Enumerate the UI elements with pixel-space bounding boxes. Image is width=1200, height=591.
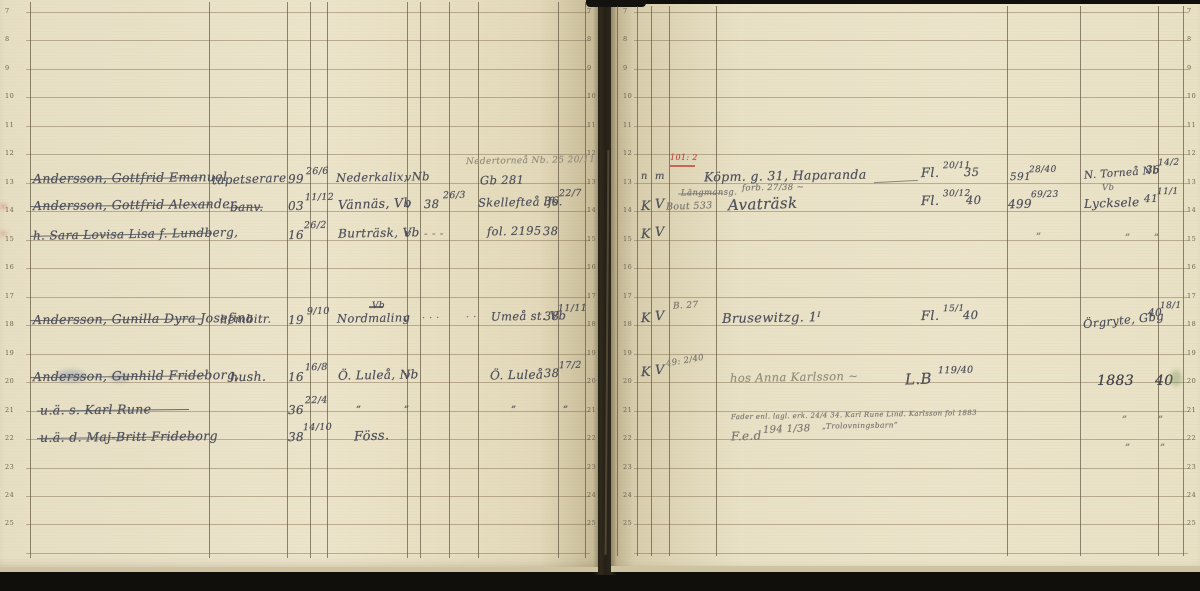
row-number: 19 bbox=[623, 350, 632, 357]
moved-year-row14b: 40 bbox=[966, 195, 982, 207]
col-letter-row13: n bbox=[641, 172, 648, 182]
moved-abbr-row14: Fl. bbox=[921, 195, 940, 208]
ruled-line bbox=[26, 496, 590, 497]
row-number: 21 bbox=[623, 407, 632, 414]
birthdate-row22: 14/10 bbox=[303, 423, 332, 433]
ditto-row21: ” bbox=[404, 406, 410, 416]
column-line bbox=[1158, 6, 1159, 556]
row-number: 14 bbox=[1187, 207, 1196, 214]
row-number: 10 bbox=[5, 93, 14, 100]
ruled-line bbox=[634, 154, 1188, 155]
row-number: 14 bbox=[623, 207, 632, 214]
birthdate-row13: 26/6 bbox=[306, 167, 329, 177]
column-line bbox=[30, 2, 31, 558]
row-number: 13 bbox=[1187, 179, 1196, 186]
moved-date-row14: 22/7 bbox=[559, 189, 582, 199]
row-number: 20 bbox=[1187, 378, 1196, 385]
occupation-row20: hush. bbox=[230, 371, 267, 384]
dest-date-row13: 14/2 bbox=[1158, 159, 1180, 168]
row-number: 9 bbox=[623, 65, 628, 72]
row-number: 15 bbox=[623, 236, 632, 243]
col-k-row18: K bbox=[641, 312, 651, 325]
ruled-line bbox=[26, 97, 590, 98]
row-number: 19 bbox=[1187, 350, 1196, 357]
fol-row20: 1883 bbox=[1097, 374, 1134, 388]
row-number: 23 bbox=[623, 464, 632, 471]
ruled-line bbox=[26, 553, 590, 554]
ref-frac-row14: 69/23 bbox=[1031, 191, 1059, 200]
row-number: 18 bbox=[587, 321, 596, 328]
strikethrough-line bbox=[30, 177, 202, 180]
row-number: 8 bbox=[587, 36, 592, 43]
ruled-line bbox=[634, 268, 1188, 269]
mark-row15: v bbox=[405, 228, 412, 239]
row-number: 18 bbox=[623, 321, 632, 328]
moved-date-row18: 11/11 bbox=[558, 304, 587, 314]
ref-frac-row13: 28/40 bbox=[1029, 166, 1057, 175]
col-k-row20: K bbox=[641, 366, 651, 379]
row-number: 16 bbox=[1187, 264, 1196, 271]
strikethrough-line bbox=[30, 318, 202, 321]
page-bottom-edge bbox=[611, 566, 1200, 572]
row-number: 15 bbox=[1187, 236, 1196, 243]
strikethrough-line bbox=[227, 206, 263, 208]
col-k-row15: K bbox=[641, 228, 651, 241]
ditto-row21: ” bbox=[511, 406, 517, 416]
row-number: 21 bbox=[587, 407, 596, 414]
address-row14: Avaträsk bbox=[728, 196, 798, 213]
name-row21: u.ä. s. Karl Rune bbox=[40, 403, 152, 417]
row-number: 12 bbox=[5, 150, 14, 157]
column-line bbox=[327, 2, 328, 558]
ruled-line bbox=[634, 12, 1188, 13]
row-number: 18 bbox=[5, 321, 14, 328]
ditto-row22r: ” bbox=[1125, 444, 1131, 454]
moved-abbr-row13: Fl. bbox=[921, 167, 940, 180]
row-number: 15 bbox=[5, 236, 14, 243]
ruled-line bbox=[634, 126, 1188, 127]
row-number: 17 bbox=[587, 293, 596, 300]
ruled-line bbox=[634, 553, 1188, 554]
row-number: 13 bbox=[623, 179, 632, 186]
pencil-fed-num-row21: 194 1/38 bbox=[763, 424, 811, 436]
column-line bbox=[637, 6, 638, 556]
row-number: 21 bbox=[5, 407, 14, 414]
row-number: 10 bbox=[587, 93, 596, 100]
ruled-line bbox=[26, 297, 590, 298]
dashes-row15: - - - bbox=[424, 228, 444, 239]
mark-row13: v bbox=[405, 172, 412, 183]
row-number: 14 bbox=[5, 207, 14, 214]
row-number: 11 bbox=[5, 122, 14, 129]
birthdate-row15: 26/2 bbox=[304, 221, 327, 231]
row-number: 8 bbox=[623, 36, 628, 43]
red-mark bbox=[0, 204, 7, 209]
ruled-line bbox=[26, 354, 590, 355]
birthdate-row14: 11/12 bbox=[305, 193, 334, 203]
name-row20: Andersson, Gunhild Frideborg, bbox=[33, 369, 240, 384]
column-line bbox=[558, 2, 559, 558]
movedfrom-row15: fol. 2195 bbox=[487, 226, 542, 238]
right-page bbox=[611, 4, 1200, 572]
row-number: 11 bbox=[1187, 122, 1196, 129]
row-number: 20 bbox=[587, 378, 596, 385]
birthplace-row18: Nordmaling bbox=[337, 312, 410, 325]
moved-date-row18b: 15/1 bbox=[943, 305, 965, 314]
birthyear-row18: 19 bbox=[288, 314, 304, 326]
birthyear-row13: 99 bbox=[288, 173, 304, 185]
row-number: 24 bbox=[1187, 492, 1196, 499]
row-number: 21 bbox=[1187, 407, 1196, 414]
pencil-quote-row21: „Trolovningsbarn” bbox=[822, 421, 898, 430]
moved-year-row20: 38 bbox=[544, 368, 560, 380]
dots-row18: · · bbox=[466, 313, 477, 323]
pencil-ref-row14: Bout 533 bbox=[666, 201, 713, 212]
county-note-row18: Vb bbox=[372, 302, 385, 311]
dest-date-row18: 18/1 bbox=[1160, 302, 1182, 311]
ditto-row21: ” bbox=[356, 406, 362, 416]
row-number: 9 bbox=[1187, 65, 1192, 72]
ruled-line bbox=[634, 297, 1188, 298]
row-number: 22 bbox=[587, 435, 596, 442]
col-v-row15: V bbox=[655, 226, 665, 239]
left-page bbox=[0, 0, 598, 572]
ruled-line bbox=[26, 40, 590, 41]
row-number: 24 bbox=[5, 492, 14, 499]
row-number: 15 bbox=[587, 236, 596, 243]
row-number: 7 bbox=[587, 8, 592, 15]
row-number: 24 bbox=[587, 492, 596, 499]
row-number: 11 bbox=[623, 122, 632, 129]
strikethrough-line bbox=[678, 193, 723, 195]
row-number: 25 bbox=[587, 520, 596, 527]
birthplace-row22: Föss. bbox=[354, 429, 390, 443]
row-number: 22 bbox=[623, 435, 632, 442]
ditto-row21: ” bbox=[563, 406, 569, 416]
occupation-row14: banv. bbox=[230, 201, 264, 214]
num-row14: 38 bbox=[424, 199, 440, 211]
row-number: 19 bbox=[587, 350, 596, 357]
row-number: 8 bbox=[1187, 36, 1192, 43]
row-number: 25 bbox=[5, 520, 14, 527]
row-number: 17 bbox=[5, 293, 14, 300]
ruled-line bbox=[26, 468, 590, 469]
col-letter-row13: m bbox=[655, 172, 665, 182]
birthdate-row18: 9/10 bbox=[307, 307, 330, 317]
row-number: 7 bbox=[623, 8, 628, 15]
ditto-row21r: ” bbox=[1122, 416, 1128, 426]
row-number: 16 bbox=[5, 264, 14, 271]
mark-row14: v bbox=[405, 199, 412, 210]
dest-row14: Lycksele bbox=[1084, 196, 1140, 210]
column-line bbox=[449, 2, 450, 558]
column-line bbox=[1007, 6, 1008, 556]
row-number: 25 bbox=[623, 520, 632, 527]
ruled-line bbox=[634, 97, 1188, 98]
ruled-line bbox=[26, 12, 590, 13]
ruled-line bbox=[26, 524, 590, 525]
row-number: 12 bbox=[1187, 150, 1196, 157]
birthyear-row22: 38 bbox=[288, 431, 304, 443]
ref-row14: 499 bbox=[1008, 198, 1032, 210]
col-v-row14: V bbox=[655, 198, 665, 211]
occupation-row18: hembitr. bbox=[220, 314, 272, 326]
column-line bbox=[1183, 6, 1184, 556]
name-row14: Andersson, Gottfrid Alexander, bbox=[33, 198, 240, 213]
row-number: 13 bbox=[587, 179, 596, 186]
num-date-row14: 26/3 bbox=[443, 191, 466, 201]
row-number: 9 bbox=[5, 65, 10, 72]
column-line bbox=[617, 6, 618, 556]
ditto-row22r: ” bbox=[1160, 444, 1166, 454]
ditto-row15: ” bbox=[1154, 234, 1160, 244]
row-number: 10 bbox=[623, 93, 632, 100]
row-number: 13 bbox=[5, 179, 14, 186]
name-row15: h. Sara Lovisa Lisa f. Lundberg, bbox=[33, 226, 238, 242]
green-smudge bbox=[1170, 370, 1182, 386]
ruled-line bbox=[634, 69, 1188, 70]
moved-abbr-row18: Fl. bbox=[921, 310, 940, 323]
birthyear-row15: 16 bbox=[288, 229, 304, 241]
movedfrom-row20: Ö. Luleå bbox=[490, 369, 544, 382]
address-row18: Brusewitzg. 1ᴵ bbox=[722, 311, 821, 326]
ditto-row21r: ” bbox=[1158, 416, 1164, 426]
row-number: 22 bbox=[5, 435, 14, 442]
column-line bbox=[585, 2, 586, 558]
dest-year-row14: 41 bbox=[1144, 194, 1158, 205]
note-row20: hos Anna Karlsson ~ bbox=[730, 371, 858, 385]
ruled-line bbox=[634, 439, 1188, 440]
ruled-line bbox=[26, 268, 590, 269]
row-number: 17 bbox=[623, 293, 632, 300]
row-number: 8 bbox=[5, 36, 10, 43]
row-number: 11 bbox=[587, 122, 596, 129]
col-v-row20: V bbox=[655, 364, 665, 377]
column-line bbox=[716, 6, 717, 556]
row-number: 24 bbox=[623, 492, 632, 499]
col-k-row14: K bbox=[641, 200, 651, 213]
row-number: 23 bbox=[587, 464, 596, 471]
pencil-fed-row21: F.e.d bbox=[731, 429, 762, 442]
red-mark bbox=[0, 231, 7, 236]
column-line bbox=[310, 2, 311, 558]
dest-county-row14: Vb bbox=[1102, 184, 1114, 193]
name-row22: u.ä. d. Maj-Britt Frideborg bbox=[40, 430, 218, 444]
ruled-line bbox=[634, 496, 1188, 497]
ruled-line bbox=[634, 468, 1188, 469]
birthdate-row20: 16/8 bbox=[305, 363, 328, 373]
birthdate-row21: 22/4 bbox=[305, 396, 328, 406]
strikethrough-line bbox=[30, 204, 212, 207]
row-number: 12 bbox=[623, 150, 632, 157]
birthplace-row14: Vännäs, Vb bbox=[338, 197, 412, 212]
moved-year-row14: 36 bbox=[544, 196, 560, 208]
column-line bbox=[287, 2, 288, 558]
strikethrough-line bbox=[30, 232, 212, 236]
row-number: 7 bbox=[5, 8, 10, 15]
column-line bbox=[209, 2, 210, 558]
col-v-row18: V bbox=[655, 310, 665, 323]
row-number: 9 bbox=[587, 65, 592, 72]
moved-date-row20: 17/2 bbox=[559, 361, 582, 371]
dots-row18: · · · bbox=[422, 314, 440, 324]
red-underline bbox=[670, 165, 695, 167]
pencil-ref-row18: B. 27 bbox=[673, 301, 699, 311]
ref-frac-row20: 119/40 bbox=[938, 366, 974, 376]
name-row13: Andersson, Gottfrid Emanuel bbox=[33, 171, 227, 186]
ruled-line bbox=[26, 69, 590, 70]
moved-year-row18b: 40 bbox=[963, 310, 979, 322]
ditto-row15: ” bbox=[1125, 234, 1131, 244]
row-number: 23 bbox=[5, 464, 14, 471]
column-line bbox=[420, 2, 421, 558]
birthyear-row20: 16 bbox=[288, 371, 304, 383]
row-number: 20 bbox=[623, 378, 632, 385]
column-line bbox=[669, 6, 670, 556]
row-number: 20 bbox=[5, 378, 14, 385]
ledger-scan: 7777888899991010101011111111121212121313… bbox=[0, 0, 1200, 591]
ruled-line bbox=[634, 40, 1188, 41]
row-number: 18 bbox=[1187, 321, 1196, 328]
row-number: 16 bbox=[587, 264, 596, 271]
ruled-line bbox=[634, 211, 1188, 212]
column-line bbox=[651, 6, 652, 556]
pencil-note-row13: forb. 27/38 ~ bbox=[742, 183, 804, 193]
ref-initials-row20: L.B bbox=[905, 372, 932, 388]
ruled-line bbox=[26, 126, 590, 127]
column-line bbox=[407, 2, 408, 558]
row-number: 23 bbox=[1187, 464, 1196, 471]
birthyear-row21: 36 bbox=[288, 404, 304, 416]
birthplace-row13: Nederkalix, Nb bbox=[336, 171, 430, 184]
dest-date-row14: 11/1 bbox=[1157, 188, 1179, 197]
birthyear-row14: 03 bbox=[288, 200, 304, 212]
ruled-line bbox=[634, 240, 1188, 241]
row-number: 22 bbox=[1187, 435, 1196, 442]
row-number: 10 bbox=[1187, 93, 1196, 100]
moved-year-row13: 35 bbox=[964, 167, 980, 179]
mark-row18: v bbox=[403, 313, 410, 324]
column-line bbox=[478, 2, 479, 558]
movedfrom-row13: Gb 281 bbox=[480, 175, 524, 187]
strikethrough-line bbox=[30, 375, 206, 378]
mark-row20: v bbox=[404, 370, 411, 381]
column-line bbox=[1080, 6, 1081, 556]
strikethrough-line bbox=[37, 436, 199, 439]
row-number: 7 bbox=[1187, 8, 1192, 15]
row-number: 25 bbox=[1187, 520, 1196, 527]
red-note-row13: 101: 2 bbox=[670, 154, 698, 162]
ditto-row15: ” bbox=[1036, 233, 1042, 243]
strikethrough-line bbox=[369, 306, 383, 307]
ref-row13: 591 bbox=[1010, 172, 1031, 183]
moved-year-row15: 38 bbox=[543, 226, 559, 238]
ruled-line bbox=[634, 354, 1188, 355]
row-number: 17 bbox=[1187, 293, 1196, 300]
occupation-row13: tapetserare bbox=[212, 172, 287, 187]
row-number: 16 bbox=[623, 264, 632, 271]
address-row13: Köpm. g. 31, Haparanda bbox=[704, 169, 867, 184]
row-number: 14 bbox=[587, 207, 596, 214]
ruled-line bbox=[26, 154, 590, 155]
row-number: 19 bbox=[5, 350, 14, 357]
ruled-line bbox=[634, 524, 1188, 525]
page-bottom-edge bbox=[0, 567, 598, 572]
